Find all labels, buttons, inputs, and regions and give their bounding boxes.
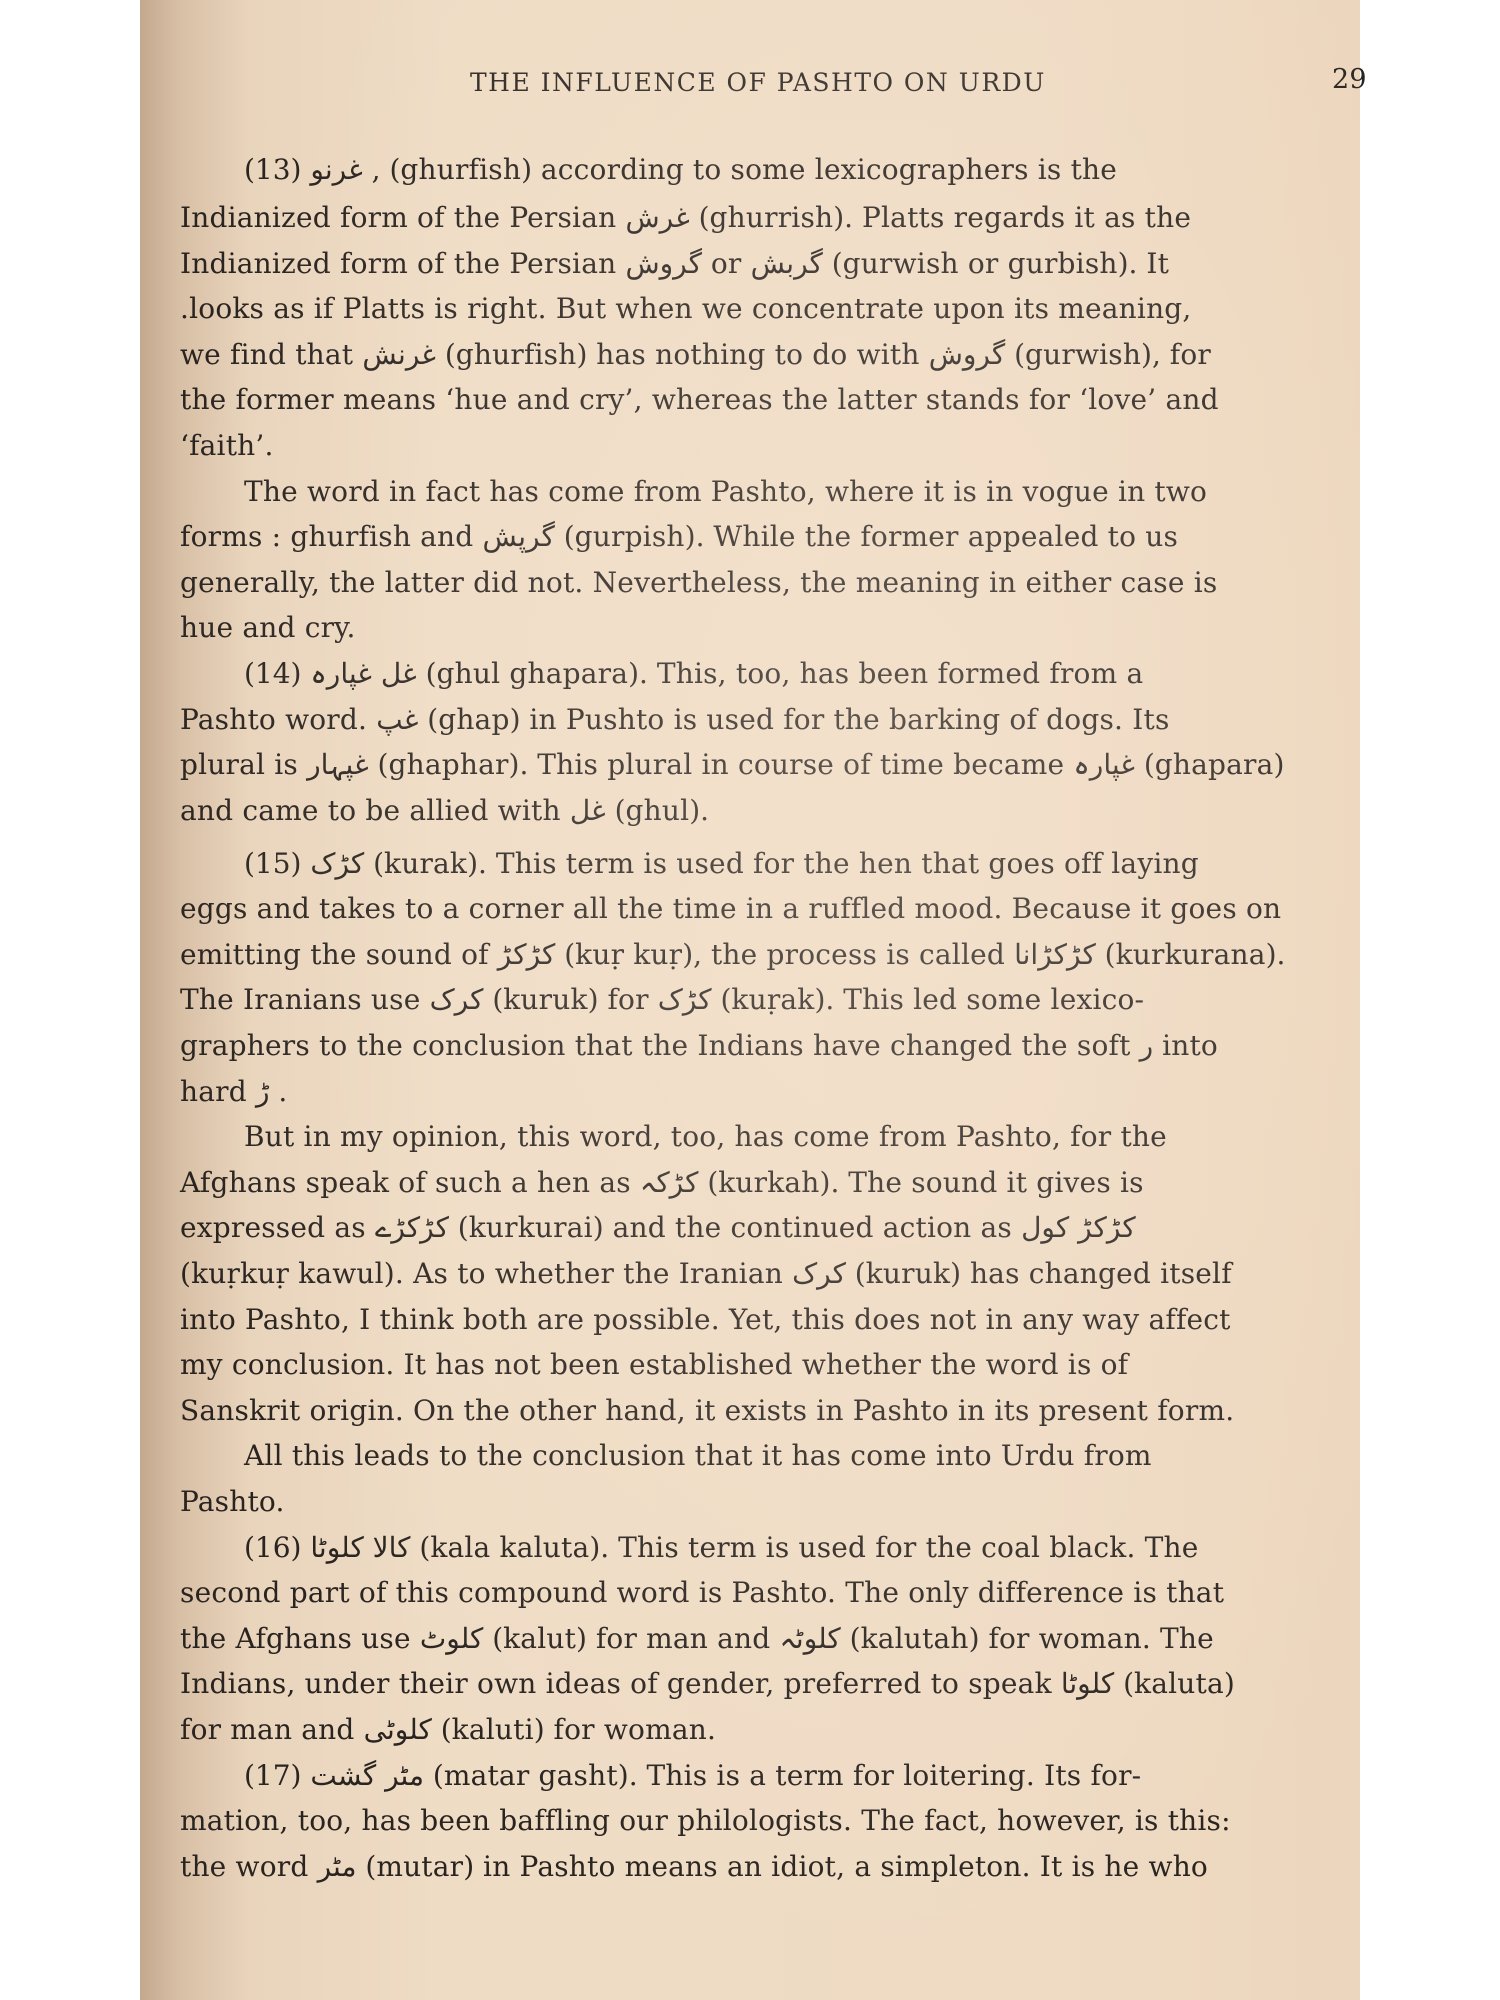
text-line: Sanskrit origin. On the other hand, it e… (180, 1393, 1234, 1429)
text-line: my conclusion. It has not been establish… (180, 1347, 1128, 1383)
text-line: second part of this compound word is Pas… (180, 1575, 1224, 1611)
text-line: and came to be allied with غل (ghul). (180, 793, 709, 829)
text-line: The word in fact has come from Pashto, w… (244, 474, 1207, 510)
text-line: ‘faith’. (180, 428, 274, 464)
text-line: eggs and takes to a corner all the time … (180, 891, 1281, 927)
text-line: Pashto word. غپ (ghap) in Pushto is used… (180, 702, 1170, 738)
text-line: for man and کلوٹی (kaluti) for woman. (180, 1712, 716, 1748)
text-line: the former means ‘hue and cry’, whereas … (180, 382, 1219, 418)
text-line: (17) مٹر گشت (matar gasht). This is a te… (244, 1758, 1141, 1794)
text-line: emitting the sound of کڑکڑ (kuṛ kuṛ), th… (180, 937, 1285, 973)
text-line: But in my opinion, this word, too, has c… (244, 1119, 1167, 1155)
text-line: (14) غل غپارہ (ghul ghapara). This, too,… (244, 656, 1143, 692)
text-line: the Afghans use کلوٹ (kalut) for man and… (180, 1621, 1214, 1657)
text-line: Indians, under their own ideas of gender… (180, 1666, 1235, 1702)
text-line: The Iranians use کرک (kuruk) for کڑک (ku… (180, 982, 1144, 1018)
text-line: generally, the latter did not. Neverthel… (180, 565, 1217, 601)
text-line: the word مٹر (mutar) in Pashto means an … (180, 1849, 1208, 1885)
text-line: .looks as if Platts is right. But when w… (180, 291, 1192, 327)
text-line: Indianized form of the Persian گروش or گ… (180, 246, 1169, 282)
text-line: graphers to the conclusion that the Indi… (180, 1028, 1218, 1064)
text-line: Indianized form of the Persian غرش (ghur… (180, 200, 1191, 236)
page-number: 29 (1332, 64, 1367, 95)
text-line: (16) کالا کلوٹا (kala kaluta). This term… (244, 1530, 1199, 1566)
text-line: into Pashto, I think both are possible. … (180, 1302, 1231, 1338)
text-line: Pashto. (180, 1484, 285, 1520)
text-line: plural is غپہار (ghaphar). This plural i… (180, 747, 1284, 783)
text-line: hard ڑ . (180, 1074, 287, 1110)
running-title: THE INFLUENCE OF PASHTO ON URDU (470, 68, 1046, 97)
text-line: expressed as کڑکڑے (kurkurai) and the co… (180, 1210, 1136, 1246)
text-line: (13) غرنو , (ghurfish) according to some… (244, 152, 1117, 188)
text-line: All this leads to the conclusion that it… (244, 1438, 1152, 1474)
text-line: hue and cry. (180, 610, 356, 646)
book-page: THE INFLUENCE OF PASHTO ON URDU 29 (13) … (140, 0, 1360, 2000)
text-line: mation, too, has been baffling our philo… (180, 1803, 1231, 1839)
text-line: Afghans speak of such a hen as کڑکہ (kur… (180, 1165, 1144, 1201)
text-line: forms : ghurfish and گرپش (gurpish). Whi… (180, 519, 1178, 555)
text-line: (kuṛkuṛ kawul). As to whether the Irania… (180, 1256, 1232, 1292)
text-line: we find that غرنش (ghurfish) has nothing… (180, 337, 1211, 373)
text-line: (15) کڑک (kurak). This term is used for … (244, 846, 1199, 882)
